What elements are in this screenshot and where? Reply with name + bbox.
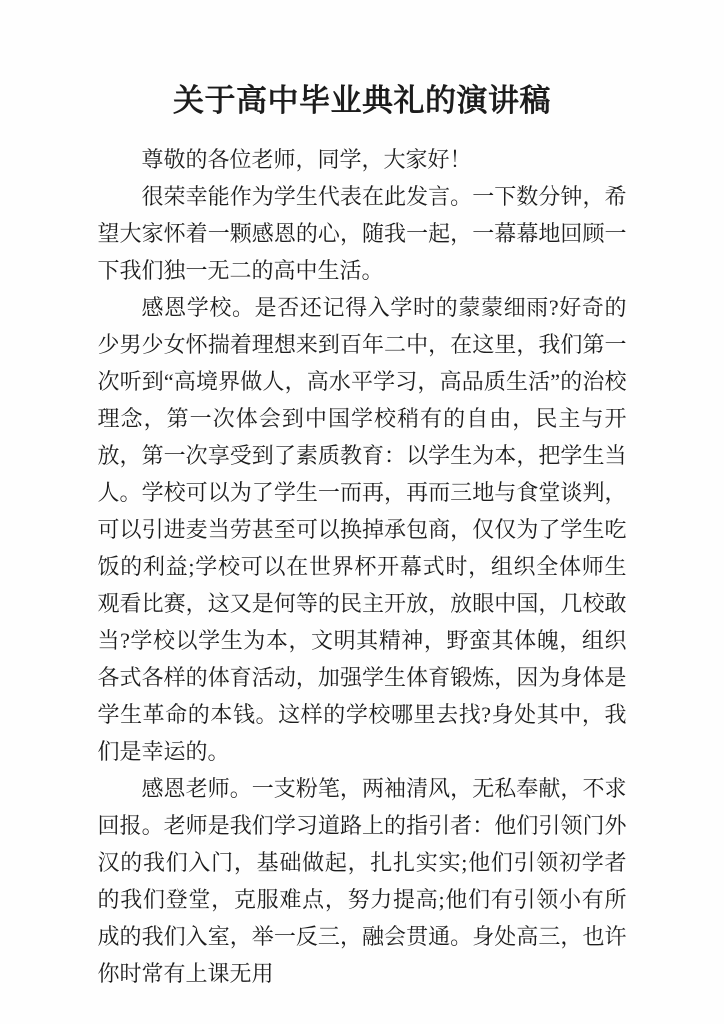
greeting-paragraph: 尊敬的各位老师，同学，大家好！: [98, 141, 627, 178]
document-page: 关于高中毕业典礼的演讲稿 尊敬的各位老师，同学，大家好！ 很荣幸能作为学生代表在…: [0, 0, 724, 1024]
thank-school-paragraph: 感恩学校。是否还记得入学时的蒙蒙细雨?好奇的少男少女怀揣着理想来到百年二中，在这…: [98, 289, 627, 770]
opening-paragraph: 很荣幸能作为学生代表在此发言。一下数分钟，希望大家怀着一颗感恩的心，随我一起，一…: [98, 178, 627, 289]
thank-teachers-paragraph: 感恩老师。一支粉笔，两袖清风，无私奉献，不求回报。老师是我们学习道路上的指引者：…: [98, 770, 627, 992]
document-body: 尊敬的各位老师，同学，大家好！ 很荣幸能作为学生代表在此发言。一下数分钟，希望大…: [98, 141, 627, 992]
document-title: 关于高中毕业典礼的演讲稿: [0, 80, 724, 122]
